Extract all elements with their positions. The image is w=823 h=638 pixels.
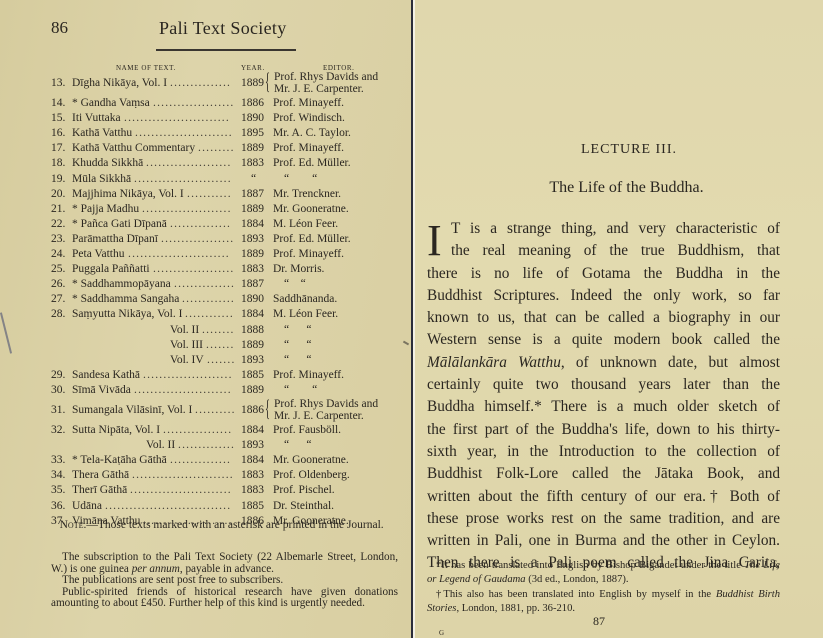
text-name: Saṃyutta Nikāya, Vol. I xyxy=(72,307,182,322)
text-name: Sutta Nipāta, Vol. I xyxy=(72,423,160,438)
text-name: Puggala Paññatti xyxy=(72,262,150,277)
row-number: 30. xyxy=(51,383,65,398)
row-number: 16. xyxy=(51,126,65,141)
editor: Prof. Ed. Müller. xyxy=(273,232,351,247)
dot-leader: ........................ xyxy=(134,172,236,187)
dot-leader: .................. xyxy=(161,232,237,247)
text-name: * Saddhamma Sangaha xyxy=(72,292,179,307)
row-number: 32. xyxy=(51,423,65,438)
row-number: 19. xyxy=(51,172,65,187)
editor: Prof. Oldenberg. xyxy=(273,468,350,483)
table-row: 22.* Pañca Gati Dīpanā1884..............… xyxy=(0,217,411,232)
table-row: Vol. II1893..............“ “ xyxy=(0,438,411,453)
editor: Mr. Gooneratne. xyxy=(273,453,349,468)
text-name: Sīmā Vivāda xyxy=(72,383,131,398)
year: 1889 xyxy=(241,202,264,217)
year: 1883 xyxy=(241,468,264,483)
dot-leader: ..................... xyxy=(146,156,237,171)
text-name: Sandesa Kathā xyxy=(72,368,140,383)
year: 1893 xyxy=(241,232,264,247)
body-line: certainly quite two thousand years later… xyxy=(427,374,780,396)
row-number: 36. xyxy=(51,499,65,514)
text-name: Vol. III xyxy=(170,338,203,353)
row-number: 29. xyxy=(51,368,65,383)
editor: Prof. Rhys Davids andMr. J. E. Carpenter… xyxy=(274,398,378,422)
body-line: T is a strange thing, and very character… xyxy=(427,218,780,240)
body-line: Western sense is a quite modern book cal… xyxy=(427,329,780,351)
table-row: 21.* Pajja Madhu1889....................… xyxy=(0,202,411,217)
editor: “ “ xyxy=(284,353,311,368)
lecture-heading: LECTURE III. xyxy=(415,142,823,158)
year: 1886 xyxy=(241,403,264,418)
table-row: 20.Majjhima Nikāya, Vol. I1887..........… xyxy=(0,187,411,202)
brace: { xyxy=(265,398,270,420)
body-line: Buddhist Folk-Lore called the Jātaka Boo… xyxy=(427,463,780,485)
year: 1883 xyxy=(241,262,264,277)
year: 1887 xyxy=(241,277,264,292)
note-label: Note. xyxy=(60,519,87,531)
dot-leader: ............ xyxy=(185,307,237,322)
editor: Mr. Trenckner. xyxy=(273,187,341,202)
table-row: 23.Parāmattha Dīpanī1893................… xyxy=(0,232,411,247)
row-number: 25. xyxy=(51,262,65,277)
editor: “ “ xyxy=(284,438,311,453)
header-rule xyxy=(156,49,296,51)
editor: “ “ xyxy=(284,338,311,353)
editor: Prof. Minayeff. xyxy=(273,247,344,262)
text-name: Therī Gāthā xyxy=(72,483,127,498)
row-number: 22. xyxy=(51,217,65,232)
table-row: 17.Kathā Vatthu Commentary1889.........P… xyxy=(0,141,411,156)
row-number: 17. xyxy=(51,141,65,156)
drop-cap: I xyxy=(427,221,442,261)
year: “ xyxy=(251,172,256,187)
asterisk-note: Note.—Those texts marked with an asteris… xyxy=(51,517,398,533)
text-name: Kathā Vatthu Commentary xyxy=(72,141,195,156)
dot-leader: ............... xyxy=(174,277,237,292)
table-row: 27.* Saddhamma Sangaha1890.............S… xyxy=(0,292,411,307)
dot-leader: ....... xyxy=(207,353,237,368)
row-number: 18. xyxy=(51,156,65,171)
row-number: 14. xyxy=(51,96,65,111)
subscription-text-end: , payable in advance. xyxy=(180,563,274,575)
editor-line: Prof. Rhys Davids and xyxy=(274,71,378,83)
body-line: sixth year, in the Introduction to the c… xyxy=(427,441,780,463)
table-row: 35.Therī Gāthā1883......................… xyxy=(0,483,411,498)
dot-leader: ........................ xyxy=(135,126,237,141)
publications-note: The publications are sent post free to s… xyxy=(51,575,398,587)
text-name: Parāmattha Dīpanī xyxy=(72,232,158,247)
footnote-2-end: , London, 1881, pp. 36-210. xyxy=(456,603,575,614)
editor: Prof. Minayeff. xyxy=(273,96,344,111)
body-line: Buddha himself.* There is a much older s… xyxy=(427,396,780,418)
year: 1886 xyxy=(241,96,264,111)
text-name: * Pajja Madhu xyxy=(72,202,139,217)
editor: Prof. Ed. Müller. xyxy=(273,156,351,171)
footnote-1: *It has been translated into English by … xyxy=(427,559,780,586)
dot-leader: ........... xyxy=(187,187,237,202)
note-text: —Those texts marked with an asterisk are… xyxy=(86,519,383,531)
dot-leader: ............... xyxy=(170,453,237,468)
table-row: 33.* Tela-Kaṭāha Gāthā1884..............… xyxy=(0,453,411,468)
editor: “ “ xyxy=(284,383,317,398)
text-name: Dīgha Nikāya, Vol. I xyxy=(72,76,167,91)
chapter-title: The Life of the Buddha. xyxy=(415,179,823,197)
text-name: Udāna xyxy=(72,499,102,514)
table-row: 18.Khudda Sikkhā1883....................… xyxy=(0,156,411,171)
running-title: Pali Text Society xyxy=(159,18,287,39)
year: 1893 xyxy=(241,438,264,453)
dot-leader: ....... xyxy=(206,338,237,353)
editor: Prof. Fausböll. xyxy=(273,423,341,438)
year: 1895 xyxy=(241,126,264,141)
year: 1889 xyxy=(241,76,264,91)
footnote-1-end: (3d ed., London, 1887). xyxy=(526,574,629,585)
table-row: 14.* Gandha Vaṃsa1886...................… xyxy=(0,96,411,111)
editor: “ “ xyxy=(284,277,306,292)
subscription-info: The subscription to the Pali Text Societ… xyxy=(51,552,398,610)
text-name: Majjhima Nikāya, Vol. I xyxy=(72,187,184,202)
table-row: 24.Peta Vatthu1889......................… xyxy=(0,247,411,262)
dot-leader: ........ xyxy=(202,323,237,338)
left-page: 86 Pali Text Society NAME OF TEXT. YEAR.… xyxy=(0,0,411,638)
table-row: 29.Sandesa Kathā1885....................… xyxy=(0,368,411,383)
row-number: 27. xyxy=(51,292,65,307)
editor: Mr. A. C. Taylor. xyxy=(273,126,351,141)
year: 1890 xyxy=(241,292,264,307)
body-line: the real meaning of the true Buddhism, t… xyxy=(427,240,780,262)
year: 1885 xyxy=(241,499,264,514)
table-row: 19.Mūla Sikkhā“........................“… xyxy=(0,172,411,187)
dot-leader: ......................... xyxy=(128,247,237,262)
year: 1884 xyxy=(241,453,264,468)
table-row: Vol. IV1893.......“ “ xyxy=(0,353,411,368)
editor: Dr. Morris. xyxy=(273,262,324,277)
brace: { xyxy=(265,71,270,93)
text-name: Vol. IV xyxy=(170,353,204,368)
year: 1883 xyxy=(241,483,264,498)
year: 1883 xyxy=(241,156,264,171)
editor: Prof. Minayeff. xyxy=(273,368,344,383)
donations-note: Public-spirited friends of historical re… xyxy=(51,587,398,610)
editor: Dr. Steinthal. xyxy=(273,499,334,514)
editor: M. Léon Feer. xyxy=(273,307,338,322)
table-row: Vol. II1888........“ “ xyxy=(0,323,411,338)
body-text: I T is a strange thing, and very charact… xyxy=(427,218,780,575)
year: 1890 xyxy=(241,111,264,126)
footnote-2-text: †This also has been translated into Engl… xyxy=(436,589,716,600)
table-row: 30.Sīmā Vivāda1889......................… xyxy=(0,383,411,398)
footnote-1-text: *It has been translated into English by … xyxy=(436,560,744,571)
row-number: 35. xyxy=(51,483,65,498)
row-number: 28. xyxy=(51,307,65,322)
body-line: written about the fifth century of our e… xyxy=(427,486,780,508)
row-number: 24. xyxy=(51,247,65,262)
dot-leader: ............................... xyxy=(105,499,237,514)
dot-leader: ......... xyxy=(198,141,237,156)
text-name: Vol. II xyxy=(146,438,175,453)
year: 1889 xyxy=(241,338,264,353)
table-row: 28.Saṃyutta Nikāya, Vol. I1884..........… xyxy=(0,307,411,322)
table-row: 15.Iti Vuttaka1890......................… xyxy=(0,111,411,126)
page-number: 86 xyxy=(51,18,68,38)
dot-leader: ................. xyxy=(163,423,237,438)
editor: M. Léon Feer. xyxy=(273,217,338,232)
table-row: 25.Puggala Paññatti1883.................… xyxy=(0,262,411,277)
editor: Prof. Windisch. xyxy=(273,111,345,126)
year: 1889 xyxy=(241,141,264,156)
dot-leader: .................... xyxy=(153,96,237,111)
signature-mark: G xyxy=(439,629,444,637)
text-name: Vol. II xyxy=(170,323,199,338)
text-name: Iti Vuttaka xyxy=(72,111,121,126)
footnotes: *It has been translated into English by … xyxy=(427,559,780,617)
body-line: these prose works rest on the same tradi… xyxy=(427,508,780,530)
text-name: Mūla Sikkhā xyxy=(72,172,131,187)
year: 1889 xyxy=(241,383,264,398)
editor-line: Mr. J. E. Carpenter. xyxy=(274,83,378,95)
book-title-italic: Mālālankāra Watthu xyxy=(427,354,561,371)
dot-leader: ............... xyxy=(170,217,237,232)
text-name: * Saddhammopāyana xyxy=(72,277,171,292)
dot-leader: ...................... xyxy=(142,202,237,217)
editor-line: Mr. J. E. Carpenter. xyxy=(274,410,378,422)
dot-leader: .......... xyxy=(195,403,237,418)
text-name: Thera Gāthā xyxy=(72,468,129,483)
text-name: Peta Vatthu xyxy=(72,247,125,262)
body-line-text: , of unknown date, but almost xyxy=(561,354,780,371)
editor: Prof. Minayeff. xyxy=(273,141,344,156)
row-number: 31. xyxy=(51,403,65,418)
dot-leader: ......................... xyxy=(132,468,237,483)
dot-leader: .................... xyxy=(153,262,237,277)
body-line: written in Pali, one in Burma and the ot… xyxy=(427,530,780,552)
row-number: 15. xyxy=(51,111,65,126)
year: 1888 xyxy=(241,323,264,338)
dot-leader: ........................ xyxy=(134,383,237,398)
table-row: 31.Sumangala Vilāsinī, Vol. I1886.......… xyxy=(0,398,411,422)
body-line: there is no life of Gotama the Buddha in… xyxy=(427,263,780,285)
text-name: Kathā Vatthu xyxy=(72,126,132,141)
table-row: 26.* Saddhammopāyana1887...............“… xyxy=(0,277,411,292)
editor: Mr. Gooneratne. xyxy=(273,202,349,217)
dot-leader: .......................... xyxy=(124,111,237,126)
row-number: 23. xyxy=(51,232,65,247)
row-number: 34. xyxy=(51,468,65,483)
row-number: 21. xyxy=(51,202,65,217)
page-number: 87 xyxy=(593,614,605,629)
per-annum-italic: per annum xyxy=(132,563,180,575)
dot-leader: ......................... xyxy=(130,483,237,498)
year: 1884 xyxy=(241,217,264,232)
text-name: * Tela-Kaṭāha Gāthā xyxy=(72,453,167,468)
footnote-2: †This also has been translated into Engl… xyxy=(427,588,780,615)
editor: Prof. Rhys Davids andMr. J. E. Carpenter… xyxy=(274,71,378,95)
table-row: 36.Udāna1885............................… xyxy=(0,499,411,514)
table-row: 13.Dīgha Nikāya, Vol. I1889.............… xyxy=(0,71,411,95)
dot-leader: .............. xyxy=(178,438,237,453)
year: 1887 xyxy=(241,187,264,202)
table-row: Vol. III1889.......“ “ xyxy=(0,338,411,353)
body-line: known to us, that can be called a biogra… xyxy=(427,307,780,329)
year: 1884 xyxy=(241,423,264,438)
editor: “ “ xyxy=(284,323,311,338)
table-row: 32.Sutta Nipāta, Vol. I1884.............… xyxy=(0,423,411,438)
year: 1893 xyxy=(241,353,264,368)
body-line: Mālālankāra Watthu, of unknown date, but… xyxy=(427,352,780,374)
year: 1885 xyxy=(241,368,264,383)
row-number: 20. xyxy=(51,187,65,202)
text-name: * Pañca Gati Dīpanā xyxy=(72,217,167,232)
editor: Prof. Pischel. xyxy=(273,483,335,498)
dot-leader: ............... xyxy=(170,76,237,91)
text-name: Sumangala Vilāsinī, Vol. I xyxy=(72,403,192,418)
left-page-header: 86 Pali Text Society xyxy=(51,18,396,46)
year: 1884 xyxy=(241,307,264,322)
editor: “ “ xyxy=(284,172,317,187)
dot-leader: ............. xyxy=(182,292,237,307)
row-number: 13. xyxy=(51,76,65,91)
year: 1889 xyxy=(241,247,264,262)
body-line: Buddhist Scriptures. Indeed the only wor… xyxy=(427,285,780,307)
text-name: Khudda Sikkhā xyxy=(72,156,143,171)
text-name: * Gandha Vaṃsa xyxy=(72,96,150,111)
row-number: 26. xyxy=(51,277,65,292)
body-line: the first part of the Buddha's life, dow… xyxy=(427,419,780,441)
editor: Saddhānanda. xyxy=(273,292,337,307)
right-page: LECTURE III. The Life of the Buddha. I T… xyxy=(415,0,823,638)
row-number: 33. xyxy=(51,453,65,468)
editor-line: Prof. Rhys Davids and xyxy=(274,398,378,410)
table-row: 34.Thera Gāthā1883......................… xyxy=(0,468,411,483)
dot-leader: ...................... xyxy=(143,368,237,383)
table-row: 16.Kathā Vatthu1895.....................… xyxy=(0,126,411,141)
